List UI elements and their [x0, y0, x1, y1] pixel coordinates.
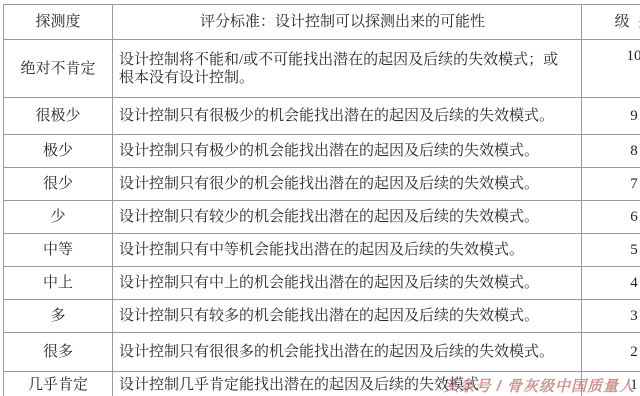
detection-cell: 很多: [4, 333, 113, 372]
table-row: 很极少设计控制只有很极少的机会能找出潜在的起因及后续的失效模式。9: [4, 98, 640, 135]
criteria-cell: 设计控制将不能和/或不可能找出潜在的起因及后续的失效模式；或根本没有设计控制。: [113, 40, 582, 98]
table-row: 中等设计控制只有中等机会能找出潜在的起因及后续的失效模式。5: [4, 234, 640, 267]
rank-cell: 10: [582, 40, 640, 98]
detection-cell: 很少: [4, 168, 113, 201]
detection-cell: 少: [4, 201, 113, 234]
table-row: 很少设计控制只有很少的机会能找出潜在的起因及后续的失效模式。7: [4, 168, 640, 201]
table-header: 探测度 评分标准：设计控制可以探测出来的可能性 级 别: [4, 5, 640, 40]
criteria-cell: 设计控制只有中上的机会能找出潜在的起因及后续的失效模式。: [113, 267, 582, 300]
col-header-detection: 探测度: [4, 5, 113, 40]
rank-cell: 6: [582, 201, 640, 234]
table-row: 少设计控制只有较少的机会能找出潜在的起因及后续的失效模式。6: [4, 201, 640, 234]
col-header-criteria: 评分标准：设计控制可以探测出来的可能性: [113, 5, 582, 40]
rank-cell: 5: [582, 234, 640, 267]
criteria-cell: 设计控制只有较多的机会能找出潜在的起因及后续的失效模式。: [113, 300, 582, 333]
table-row: 很多设计控制只有很很多的机会能找出潜在的起因及后续的失效模式。2: [4, 333, 640, 372]
criteria-cell: 设计控制只有很少的机会能找出潜在的起因及后续的失效模式。: [113, 168, 582, 201]
table-row: 极少设计控制只有极少的机会能找出潜在的起因及后续的失效模式。8: [4, 135, 640, 168]
detection-cell: 多: [4, 300, 113, 333]
detection-cell: 中上: [4, 267, 113, 300]
rank-cell: 2: [582, 333, 640, 372]
table-body: 绝对不肯定设计控制将不能和/或不可能找出潜在的起因及后续的失效模式；或根本没有设…: [4, 40, 640, 396]
table-row: 中上设计控制只有中上的机会能找出潜在的起因及后续的失效模式。4: [4, 267, 640, 300]
table-row: 多设计控制只有较多的机会能找出潜在的起因及后续的失效模式。3: [4, 300, 640, 333]
criteria-cell: 设计控制只有很很多的机会能找出潜在的起因及后续的失效模式。: [113, 333, 582, 372]
detection-cell: 几乎肯定: [4, 372, 113, 396]
rank-cell: 4: [582, 267, 640, 300]
detection-cell: 很极少: [4, 98, 113, 135]
criteria-cell: 设计控制只有很极少的机会能找出潜在的起因及后续的失效模式。: [113, 98, 582, 135]
table-row: 绝对不肯定设计控制将不能和/或不可能找出潜在的起因及后续的失效模式；或根本没有设…: [4, 40, 640, 98]
criteria-cell: 设计控制只有较少的机会能找出潜在的起因及后续的失效模式。: [113, 201, 582, 234]
detection-rating-table: 探测度 评分标准：设计控制可以探测出来的可能性 级 别 绝对不肯定设计控制将不能…: [3, 4, 640, 396]
detection-cell: 绝对不肯定: [4, 40, 113, 98]
criteria-cell: 设计控制只有中等机会能找出潜在的起因及后续的失效模式。: [113, 234, 582, 267]
screenshot-root: 探测度 评分标准：设计控制可以探测出来的可能性 级 别 绝对不肯定设计控制将不能…: [0, 0, 640, 396]
watermark: 头条号 / 骨灰级中国质量人: [443, 375, 635, 396]
detection-cell: 中等: [4, 234, 113, 267]
rank-cell: 9: [582, 98, 640, 135]
rank-cell: 7: [582, 168, 640, 201]
detection-cell: 极少: [4, 135, 113, 168]
rank-cell: 8: [582, 135, 640, 168]
col-header-rank: 级 别: [582, 5, 640, 40]
criteria-cell: 设计控制只有极少的机会能找出潜在的起因及后续的失效模式。: [113, 135, 582, 168]
rank-cell: 3: [582, 300, 640, 333]
header-row: 探测度 评分标准：设计控制可以探测出来的可能性 级 别: [4, 5, 640, 40]
